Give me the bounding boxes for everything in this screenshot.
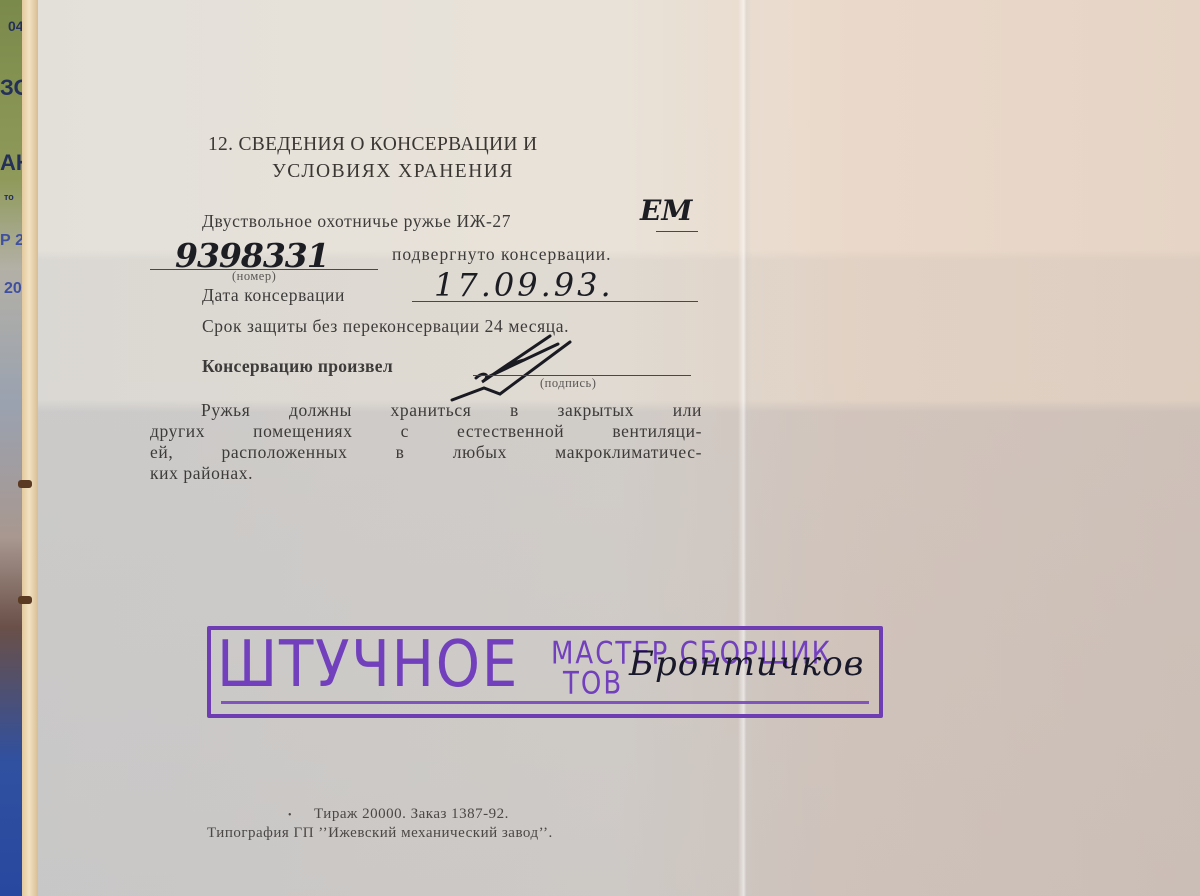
paragraph-line: ких районах. — [150, 463, 702, 484]
footer-line1: •Тираж 20000. Заказ 1387-92. — [288, 806, 509, 823]
printing-house-text: Типография ГП ’’Ижевский механический за… — [207, 825, 553, 842]
stamp-inner-line — [221, 701, 869, 704]
date-handwritten: 17.09.93. — [434, 266, 614, 304]
fragment-text: то — [4, 192, 14, 202]
signature-caption: (подпись) — [540, 376, 596, 391]
gun-model-handwritten: ЕМ — [640, 194, 692, 227]
gun-label: Двуствольное охотничье ружье ИЖ-27 — [202, 211, 511, 232]
model-underline — [656, 231, 698, 232]
section-title-text: СВЕДЕНИЯ О КОНСЕРВАЦИИ И — [238, 134, 537, 155]
fragment-text: 20 — [4, 280, 22, 298]
stamp-prefix-text: ТОВ — [563, 666, 623, 702]
date-label: Дата консервации — [202, 285, 345, 306]
performed-by-label: Консервацию произвел — [202, 356, 393, 377]
serial-caption: (номер) — [232, 269, 276, 284]
storage-conditions-paragraph: Ружья должны храниться в закрытых или др… — [150, 400, 702, 484]
page-fold-crease — [738, 0, 752, 896]
signature-scribble-icon — [440, 330, 600, 402]
stamp-main-text: ШТУЧНОЕ — [217, 628, 519, 702]
section-title-line1: 12. СВЕДЕНИЯ О КОНСЕРВАЦИИ И — [208, 134, 537, 156]
staple-icon — [18, 596, 32, 604]
date-underline — [412, 301, 698, 302]
stamp-signature-handwritten: Бронтичков — [629, 644, 864, 684]
staple-icon — [18, 480, 32, 488]
preserved-text: подвергнуто консервации. — [392, 244, 612, 265]
craftsman-stamp: ШТУЧНОЕ МАСТЕР СБОРЩИК ТОВ Бронтичков — [207, 626, 883, 718]
paragraph-line: ей, расположенных в любых макроклиматиче… — [150, 442, 702, 463]
section-title-line2: УСЛОВИЯХ ХРАНЕНИЯ — [272, 161, 514, 183]
paragraph-line: Ружья должны храниться в закрытых или — [150, 400, 702, 421]
paragraph-line: других помещениях с естественной вентиля… — [150, 421, 702, 442]
section-number: 12. — [208, 134, 233, 155]
fragment-text: Р 2 — [0, 232, 24, 250]
bullet-icon: • — [288, 810, 292, 821]
print-run-text: Тираж 20000. Заказ 1387-92. — [314, 806, 509, 822]
booklet-spine — [22, 0, 38, 896]
